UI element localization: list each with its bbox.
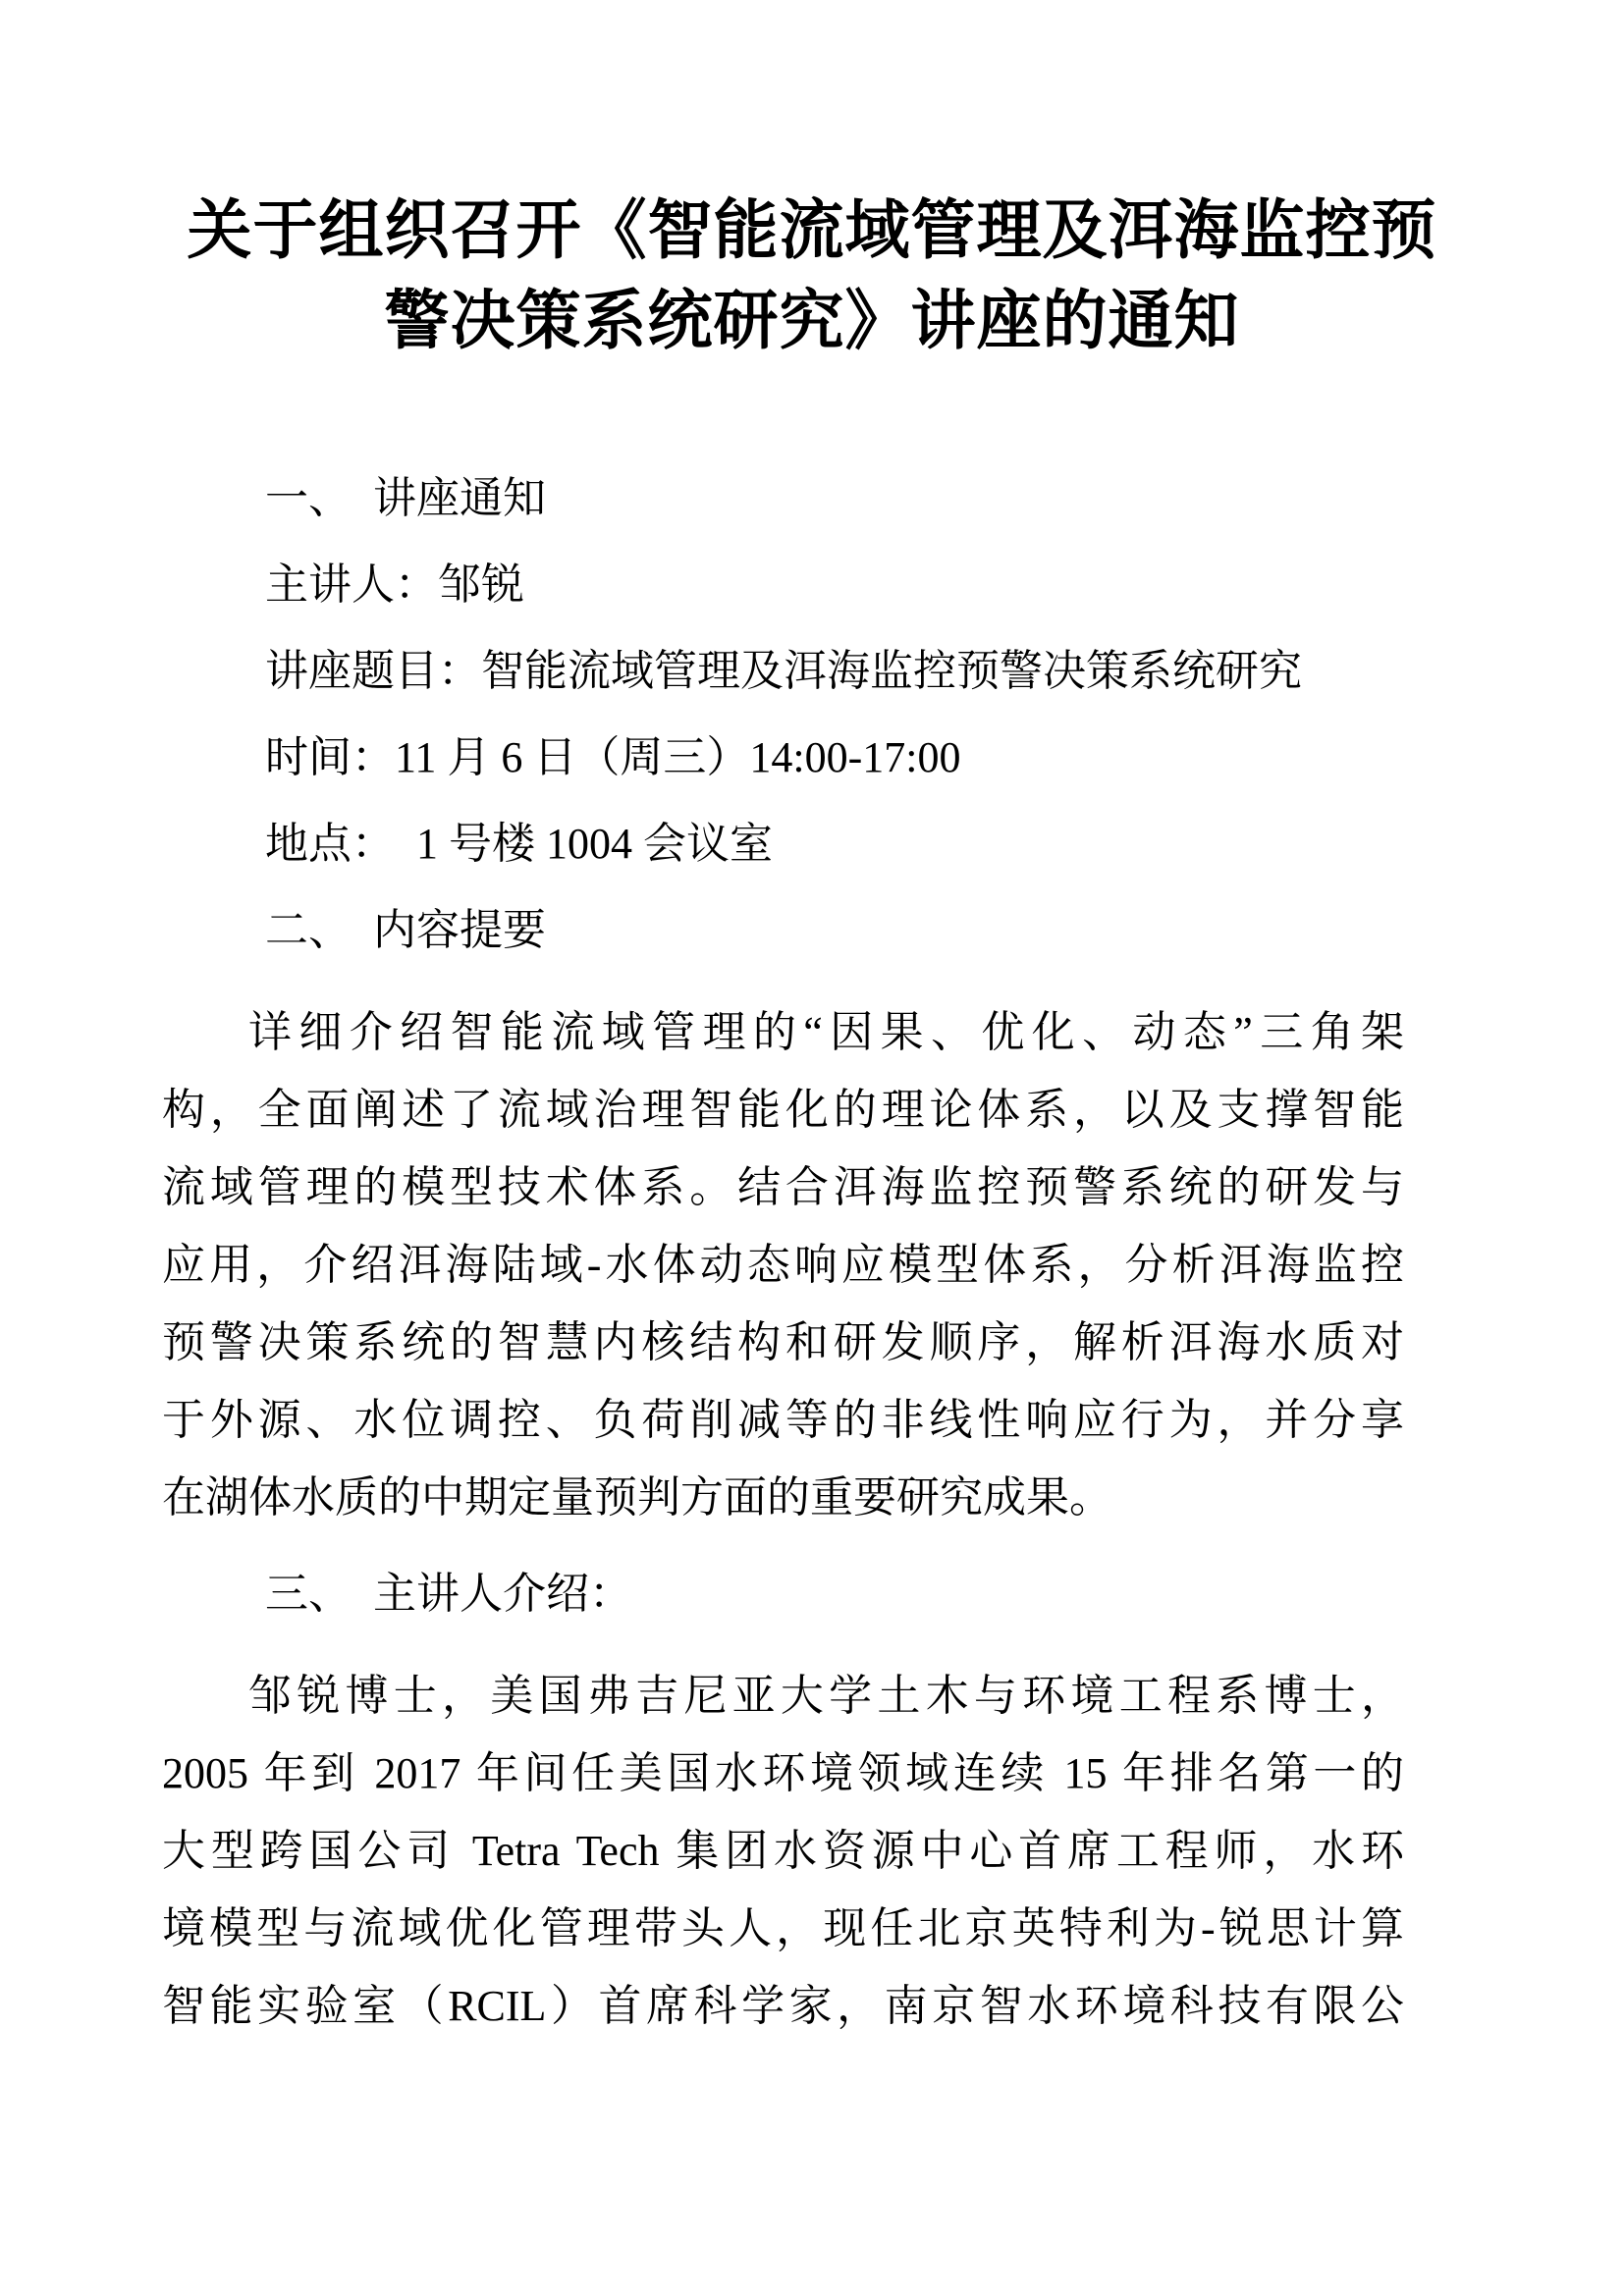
paragraph-line: 邹锐博士，美国弗吉尼亚大学土木与环境工程系博士， xyxy=(162,1657,1404,1735)
paragraph-line: 应用，介绍洱海陆域-水体动态响应模型体系，分析洱海监控 xyxy=(162,1226,1404,1304)
document-page: 关于组织召开《智能流域管理及洱海监控预 警决策系统研究》讲座的通知 一、 讲座通… xyxy=(0,0,1624,2296)
item-lecture-topic-value: 智能流域管理及洱海监控预警决策系统研究 xyxy=(481,647,1302,695)
section-heading-speaker-intro: 三、 主讲人介绍： xyxy=(162,1556,1404,1632)
paragraph-line: 构，全面阐述了流域治理智能化的理论体系，以及支撑智能 xyxy=(162,1071,1404,1148)
document-title: 关于组织召开《智能流域管理及洱海监控预 警决策系统研究》讲座的通知 xyxy=(0,187,1624,367)
item-time: 时间：11 月 6 日（周三）14:00-17:00 xyxy=(162,720,1404,796)
item-lecture-topic-label: 讲座题目： xyxy=(265,647,481,695)
item-location-label: 地点： xyxy=(265,820,373,868)
item-lecture-topic: 讲座题目：智能流域管理及洱海监控预警决策系统研究 xyxy=(162,633,1404,710)
item-location: 地点： 1 号楼 1004 会议室 xyxy=(162,806,1404,882)
item-speaker: 主讲人：邹锐 xyxy=(162,547,1404,623)
paragraph-line: 智能实验室（RCIL）首席科学家，南京智水环境科技有限公 xyxy=(162,1967,1404,2045)
paragraph-line: 2005 年到 2017 年间任美国水环境领域连续 15 年排名第一的 xyxy=(162,1735,1404,1812)
paragraph-line: 境模型与流域优化管理带头人，现任北京英特利为-锐思计算 xyxy=(162,1890,1404,1967)
title-line-1: 关于组织召开《智能流域管理及洱海监控预 xyxy=(0,187,1624,277)
section-heading-content-summary: 二、 内容提要 xyxy=(162,892,1404,969)
speaker-bio-paragraph: 邹锐博士，美国弗吉尼亚大学土木与环境工程系博士， 2005 年到 2017 年间… xyxy=(162,1657,1404,2045)
item-speaker-value: 邹锐 xyxy=(438,561,524,609)
section-heading-lecture-notice: 一、 讲座通知 xyxy=(162,460,1404,537)
paragraph-line: 于外源、水位调控、负荷削减等的非线性响应行为，并分享 xyxy=(162,1381,1404,1459)
item-speaker-label: 主讲人： xyxy=(265,561,438,609)
title-line-2: 警决策系统研究》讲座的通知 xyxy=(0,277,1624,367)
document-body: 一、 讲座通知 主讲人：邹锐 讲座题目：智能流域管理及洱海监控预警决策系统研究 … xyxy=(162,460,1404,2045)
item-time-value: 11 月 6 日（周三）14:00-17:00 xyxy=(395,733,960,781)
paragraph-line: 详细介绍智能流域管理的“因果、优化、动态”三角架 xyxy=(162,993,1404,1071)
item-location-value: 1 号楼 1004 会议室 xyxy=(373,820,773,868)
paragraph-line: 大型跨国公司 Tetra Tech 集团水资源中心首席工程师，水环 xyxy=(162,1812,1404,1890)
content-summary-paragraph: 详细介绍智能流域管理的“因果、优化、动态”三角架 构，全面阐述了流域治理智能化的… xyxy=(162,993,1404,1536)
paragraph-line: 预警决策系统的智慧内核结构和研发顺序，解析洱海水质对 xyxy=(162,1304,1404,1381)
item-time-label: 时间： xyxy=(265,733,395,781)
paragraph-line: 流域管理的模型技术体系。结合洱海监控预警系统的研发与 xyxy=(162,1148,1404,1226)
paragraph-line: 在湖体水质的中期定量预判方面的重要研究成果。 xyxy=(162,1459,1404,1536)
